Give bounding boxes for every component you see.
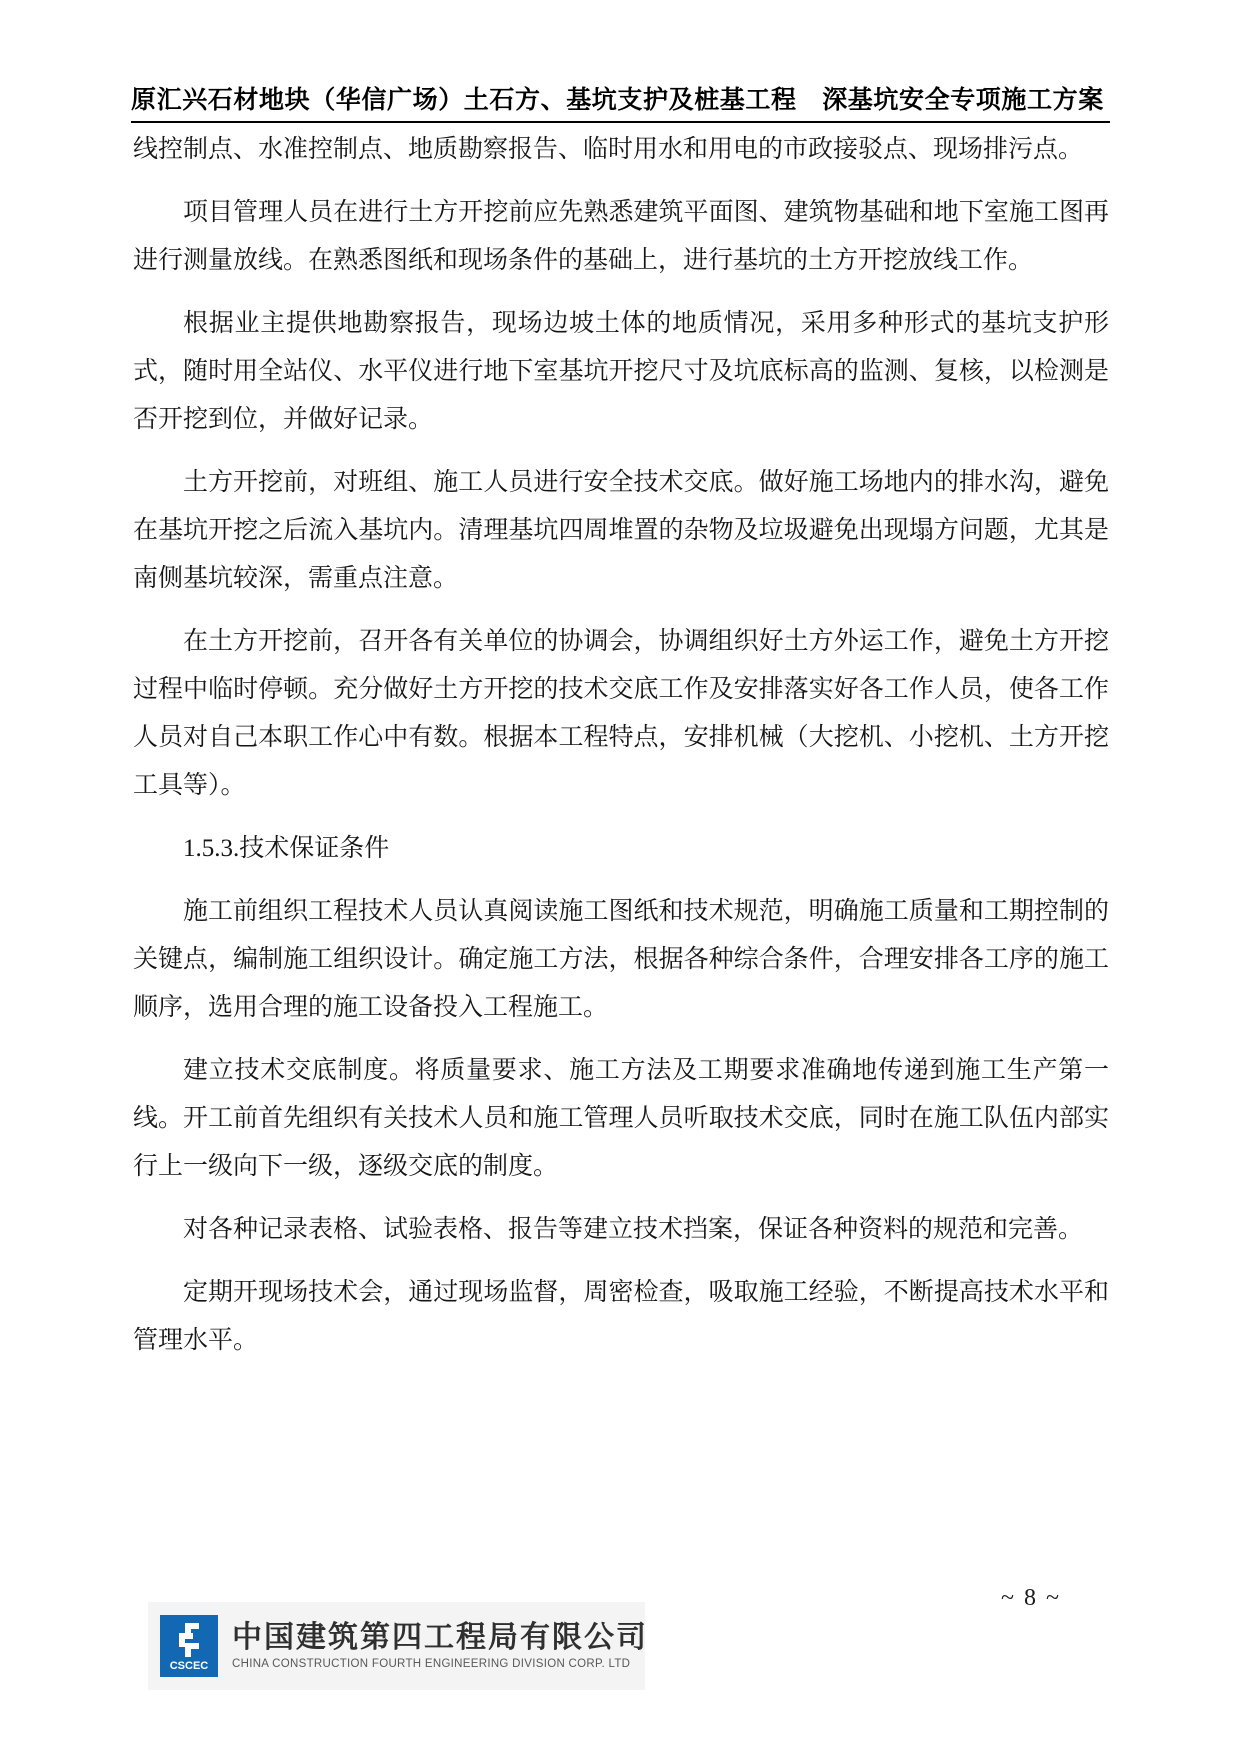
paragraph: 项目管理人员在进行土方开挖前应先熟悉建筑平面图、建筑物基础和地下室施工图再进行测… (133, 189, 1109, 285)
paragraph: 在土方开挖前，召开各有关单位的协调会，协调组织好土方外运工作，避免土方开挖过程中… (133, 618, 1109, 810)
paragraph: 施工前组织工程技术人员认真阅读施工图纸和技术规范，明确施工质量和工期控制的关键点… (133, 888, 1109, 1032)
company-logo: CSCEC 中国建筑第四工程局有限公司 CHINA CONSTRUCTION F… (148, 1602, 645, 1690)
document-page: 原汇兴石材地块（华信广场）土石方、基坑支护及桩基工程 深基坑安全专项施工方案 线… (0, 0, 1241, 1755)
company-name-en: CHINA CONSTRUCTION FOURTH ENGINEERING DI… (232, 1658, 648, 1671)
document-body: 线控制点、水准控制点、地质勘察报告、临时用水和用电的市政接驳点、现场排污点。 项… (133, 126, 1109, 1380)
paragraph: 建立技术交底制度。将质量要求、施工方法及工期要求准确地传递到施工生产第一线。开工… (133, 1047, 1109, 1191)
paragraph: 对各种记录表格、试验表格、报告等建立技术挡案，保证各种资料的规范和完善。 (133, 1206, 1109, 1254)
page-number: ~ 8 ~ (1001, 1585, 1061, 1612)
section-heading: 1.5.3.技术保证条件 (133, 825, 1109, 873)
svg-text:CSCEC: CSCEC (170, 1660, 209, 1672)
cscec-logo-icon: CSCEC (160, 1615, 218, 1677)
document-header: 原汇兴石材地块（华信广场）土石方、基坑支护及桩基工程 深基坑安全专项施工方案 (131, 80, 1110, 123)
document-title: 原汇兴石材地块（华信广场）土石方、基坑支护及桩基工程 深基坑安全专项施工方案 (131, 80, 1110, 123)
paragraph: 线控制点、水准控制点、地质勘察报告、临时用水和用电的市政接驳点、现场排污点。 (133, 126, 1109, 174)
company-name-cn: 中国建筑第四工程局有限公司 (232, 1621, 648, 1654)
paragraph: 根据业主提供地勘察报告，现场边坡土体的地质情况，采用多种形式的基坑支护形式，随时… (133, 300, 1109, 444)
paragraph: 定期开现场技术会，通过现场监督，周密检查，吸取施工经验，不断提高技术水平和管理水… (133, 1269, 1109, 1365)
paragraph: 土方开挖前，对班组、施工人员进行安全技术交底。做好施工场地内的排水沟，避免在基坑… (133, 459, 1109, 603)
company-name-block: 中国建筑第四工程局有限公司 CHINA CONSTRUCTION FOURTH … (232, 1621, 648, 1671)
